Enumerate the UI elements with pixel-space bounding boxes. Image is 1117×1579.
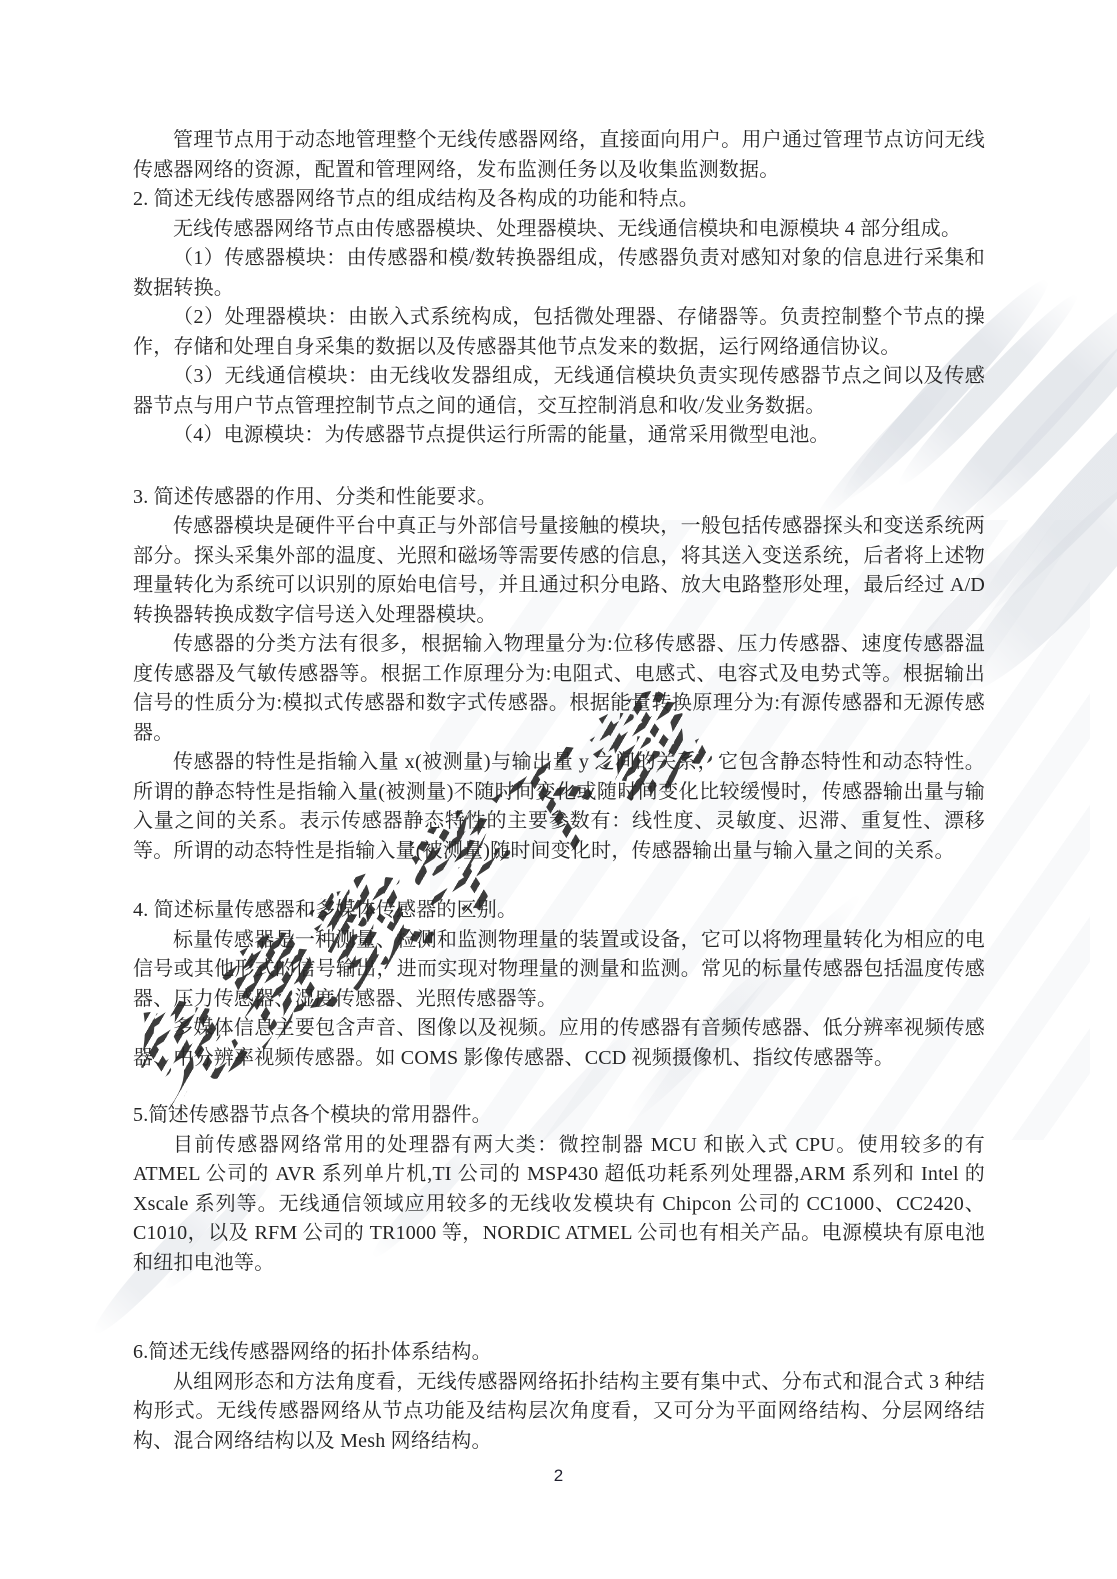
answer-item-1: （1）传感器模块：由传感器和模/数转换器组成，传感器负责对感知对象的信息进行采集…: [133, 244, 985, 303]
answer-paragraph: 从组网形态和方法角度看，无线传感器网络拓扑结构主要有集中式、分布式和混合式 3 …: [133, 1368, 985, 1457]
document-body: 管理节点用于动态地管理整个无线传感器网络，直接面向用户。用户通过管理节点访问无线…: [133, 126, 985, 1456]
document-page: 免费数学下载 管理节点用于动态地管理整个无线传感器网络，直接面向用户。用户通过管…: [0, 0, 1117, 1579]
answer-item-2: （2）处理器模块：由嵌入式系统构成，包括微处理器、存储器等。负责控制整个节点的操…: [133, 303, 985, 362]
answer-paragraph: 标量传感器是一种测量、检测和监测物理量的装置或设备，它可以将物理量转化为相应的电…: [133, 926, 985, 1015]
intro-paragraph: 管理节点用于动态地管理整个无线传感器网络，直接面向用户。用户通过管理节点访问无线…: [133, 126, 985, 185]
answer-item-4: （4）电源模块：为传感器节点提供运行所需的能量，通常采用微型电池。: [133, 421, 985, 451]
question-5-heading: 5.简述传感器节点各个模块的常用器件。: [133, 1101, 985, 1131]
answer-item-3: （3）无线通信模块：由无线收发器组成，无线通信模块负责实现传感器节点之间以及传感…: [133, 362, 985, 421]
question-2-heading: 2. 简述无线传感器网络节点的组成结构及各构成的功能和特点。: [133, 185, 985, 215]
answer-paragraph: 传感器的分类方法有很多，根据输入物理量分为:位移传感器、压力传感器、速度传感器温…: [133, 630, 985, 748]
answer-paragraph: 目前传感器网络常用的处理器有两大类：微控制器 MCU 和嵌入式 CPU。使用较多…: [133, 1131, 985, 1279]
question-4-heading: 4. 简述标量传感器和多媒体传感器的区别。: [133, 896, 985, 926]
answer-paragraph: 无线传感器网络节点由传感器模块、处理器模块、无线通信模块和电源模块 4 部分组成…: [133, 215, 985, 245]
answer-paragraph: 传感器的特性是指输入量 x(被测量)与输出量 y 之间的关系，它包含静态特性和动…: [133, 748, 985, 866]
question-6-heading: 6.简述无线传感器网络的拓扑体系结构。: [133, 1338, 985, 1368]
brush-stroke: [963, 333, 1117, 628]
page-number: 2: [0, 1466, 1117, 1486]
answer-paragraph: 多媒体信息主要包含声音、图像以及视频。应用的传感器有音频传感器、低分辨率视频传感…: [133, 1014, 985, 1073]
question-3-heading: 3. 简述传感器的作用、分类和性能要求。: [133, 483, 985, 513]
answer-paragraph: 传感器模块是硬件平台中真正与外部信号量接触的模块，一般包括传感器探头和变送系统两…: [133, 512, 985, 630]
